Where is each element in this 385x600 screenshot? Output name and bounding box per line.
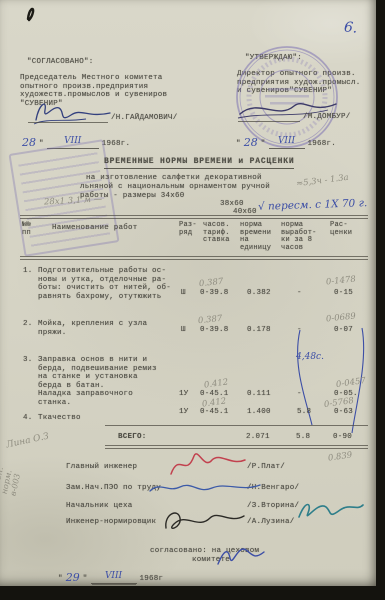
signature-name: /А.Лузина/: [247, 518, 295, 527]
col-header-num: №№ пп: [22, 222, 31, 237]
col-header-grade: Раз- ряд: [179, 222, 197, 237]
approval-left-name: /Н.ГАЙДАМОВИЧ/: [111, 114, 178, 123]
row-output: -: [297, 390, 302, 399]
approval-right-signature-line: [238, 121, 300, 122]
blue-revision-note: √ пересм. с 1Х 70 г.: [258, 197, 368, 213]
row-name: Ткачество: [38, 414, 81, 423]
quote-mark: ": [58, 575, 63, 584]
signature-label: Инженер-нормировщик: [66, 518, 156, 527]
row-price: 0-63: [334, 408, 353, 417]
col-header-rate: часов. тариф. ставка: [203, 222, 230, 245]
quote-mark: ": [261, 140, 266, 149]
approval-left-signature-line: [28, 122, 108, 123]
col-header-time: норма времени на единицу: [240, 222, 271, 252]
row-time: 0.382: [247, 289, 271, 298]
total-label: ВСЕГО:: [118, 433, 147, 442]
row-grade: 1У: [179, 408, 189, 417]
paper-sheet: 6. "СОГЛАСОВАНО": Председатель Местного …: [0, 0, 376, 586]
signature-name: /З.Вторина/: [247, 502, 299, 511]
row-rate: 0-39.8: [200, 326, 229, 335]
footer-date-year: 1968г: [140, 575, 164, 584]
table-rule: [105, 425, 368, 426]
pencil-price: 0-1478: [326, 274, 357, 287]
approval-left-date-day: 28: [22, 136, 36, 149]
row-name: Подготовительные работы ос- новы и утка,…: [38, 267, 171, 301]
pencil-rate: 0.387: [198, 314, 223, 326]
quote-mark: ": [83, 575, 88, 584]
table-rule: [20, 218, 368, 219]
footer-signature: [210, 540, 270, 572]
table-rule: [20, 215, 368, 216]
approval-right-date-month: VIII: [278, 136, 295, 146]
row-num: 1.: [23, 267, 33, 276]
row-grade: Ш: [181, 326, 186, 335]
row-output: 5.8: [297, 408, 311, 417]
approval-left-date-year: 1968г.: [102, 140, 131, 149]
signature-rate-setter: [156, 504, 251, 536]
row-name: Мойка, крепления с узла пряжи.: [38, 320, 147, 337]
signature-label: Зам.Нач.ПЭО по труду: [66, 484, 161, 493]
col-header-output: норма выработ- ки за 8 часов: [281, 222, 317, 252]
approval-right-name: /М.ДОМБУР/: [303, 113, 351, 122]
page-number: 6.: [343, 19, 358, 36]
row-num: 4.: [23, 414, 33, 423]
row-time: 0.111: [247, 390, 271, 399]
total-time: 2.071: [246, 433, 270, 442]
signature-shop-chief: [293, 495, 368, 525]
pen-mark-icon: [24, 4, 40, 22]
total-output: 5.8: [296, 433, 310, 442]
pencil-margin-name: Лина О.З: [5, 432, 49, 451]
row-output: -: [297, 289, 302, 298]
quote-mark: ": [236, 140, 241, 149]
row-num: 2.: [23, 320, 33, 329]
subject-line2: льняной с национальным орнаментом ручной: [80, 183, 270, 192]
pencil-rate: 0.412: [203, 377, 228, 390]
col-header-name: Наименование работ: [52, 224, 138, 233]
signature-label: Главный инженер: [66, 463, 137, 472]
signature-label: Начальник цеха: [66, 502, 133, 511]
pencil-note-top-right: ≈5,3ч - 1.3а: [296, 173, 350, 189]
row-num: 3.: [23, 356, 33, 365]
table-rule: [105, 445, 368, 446]
row-grade: 1У: [179, 390, 189, 399]
approval-right-date-day: 28: [244, 136, 258, 149]
pencil-margin-vertical: на дн. норм. в-003: [0, 466, 23, 497]
footer-date: " 29 " VIII 1968г: [58, 565, 163, 584]
table-rule: [20, 256, 368, 257]
subject-line1: на изготовление салфетки декоративной: [86, 174, 262, 183]
approval-right-date-year: 1968г.: [308, 140, 337, 149]
pencil-rate: 0.387: [199, 277, 224, 289]
row-price: 0-15: [334, 289, 353, 298]
row-grade: Ш: [181, 289, 186, 298]
pencil-price: 0-0689: [326, 311, 357, 324]
pencil-total: 0.839: [327, 450, 352, 463]
approval-right-date: " 28 " VIII 1968г.: [236, 130, 336, 149]
blue-bracket-note: 4,48с.: [296, 352, 324, 362]
row-name: Заправка основ в нити и берда, подвешива…: [38, 356, 157, 408]
approval-left-heading: "СОГЛАСОВАНО":: [27, 58, 94, 67]
row-time: 1.400: [247, 408, 271, 417]
row-time: 0.178: [247, 326, 271, 335]
row-rate: 0-39.8: [200, 289, 229, 298]
footer-date-month: VIII: [105, 571, 122, 581]
col-header-price: Рас- ценки: [330, 222, 352, 237]
table-rule: [20, 259, 368, 260]
footer-date-day: 29: [66, 571, 80, 584]
signature-chief-engineer: [163, 448, 253, 480]
signature-deputy: [148, 478, 263, 496]
total-price: 0-90: [333, 433, 352, 442]
document-title: ВРЕМЕННЫЕ НОРМЫ ВРЕМЕНИ и РАСЦЕНКИ: [104, 158, 294, 169]
scanned-document: 6. "СОГЛАСОВАНО": Председатель Местного …: [0, 0, 385, 600]
